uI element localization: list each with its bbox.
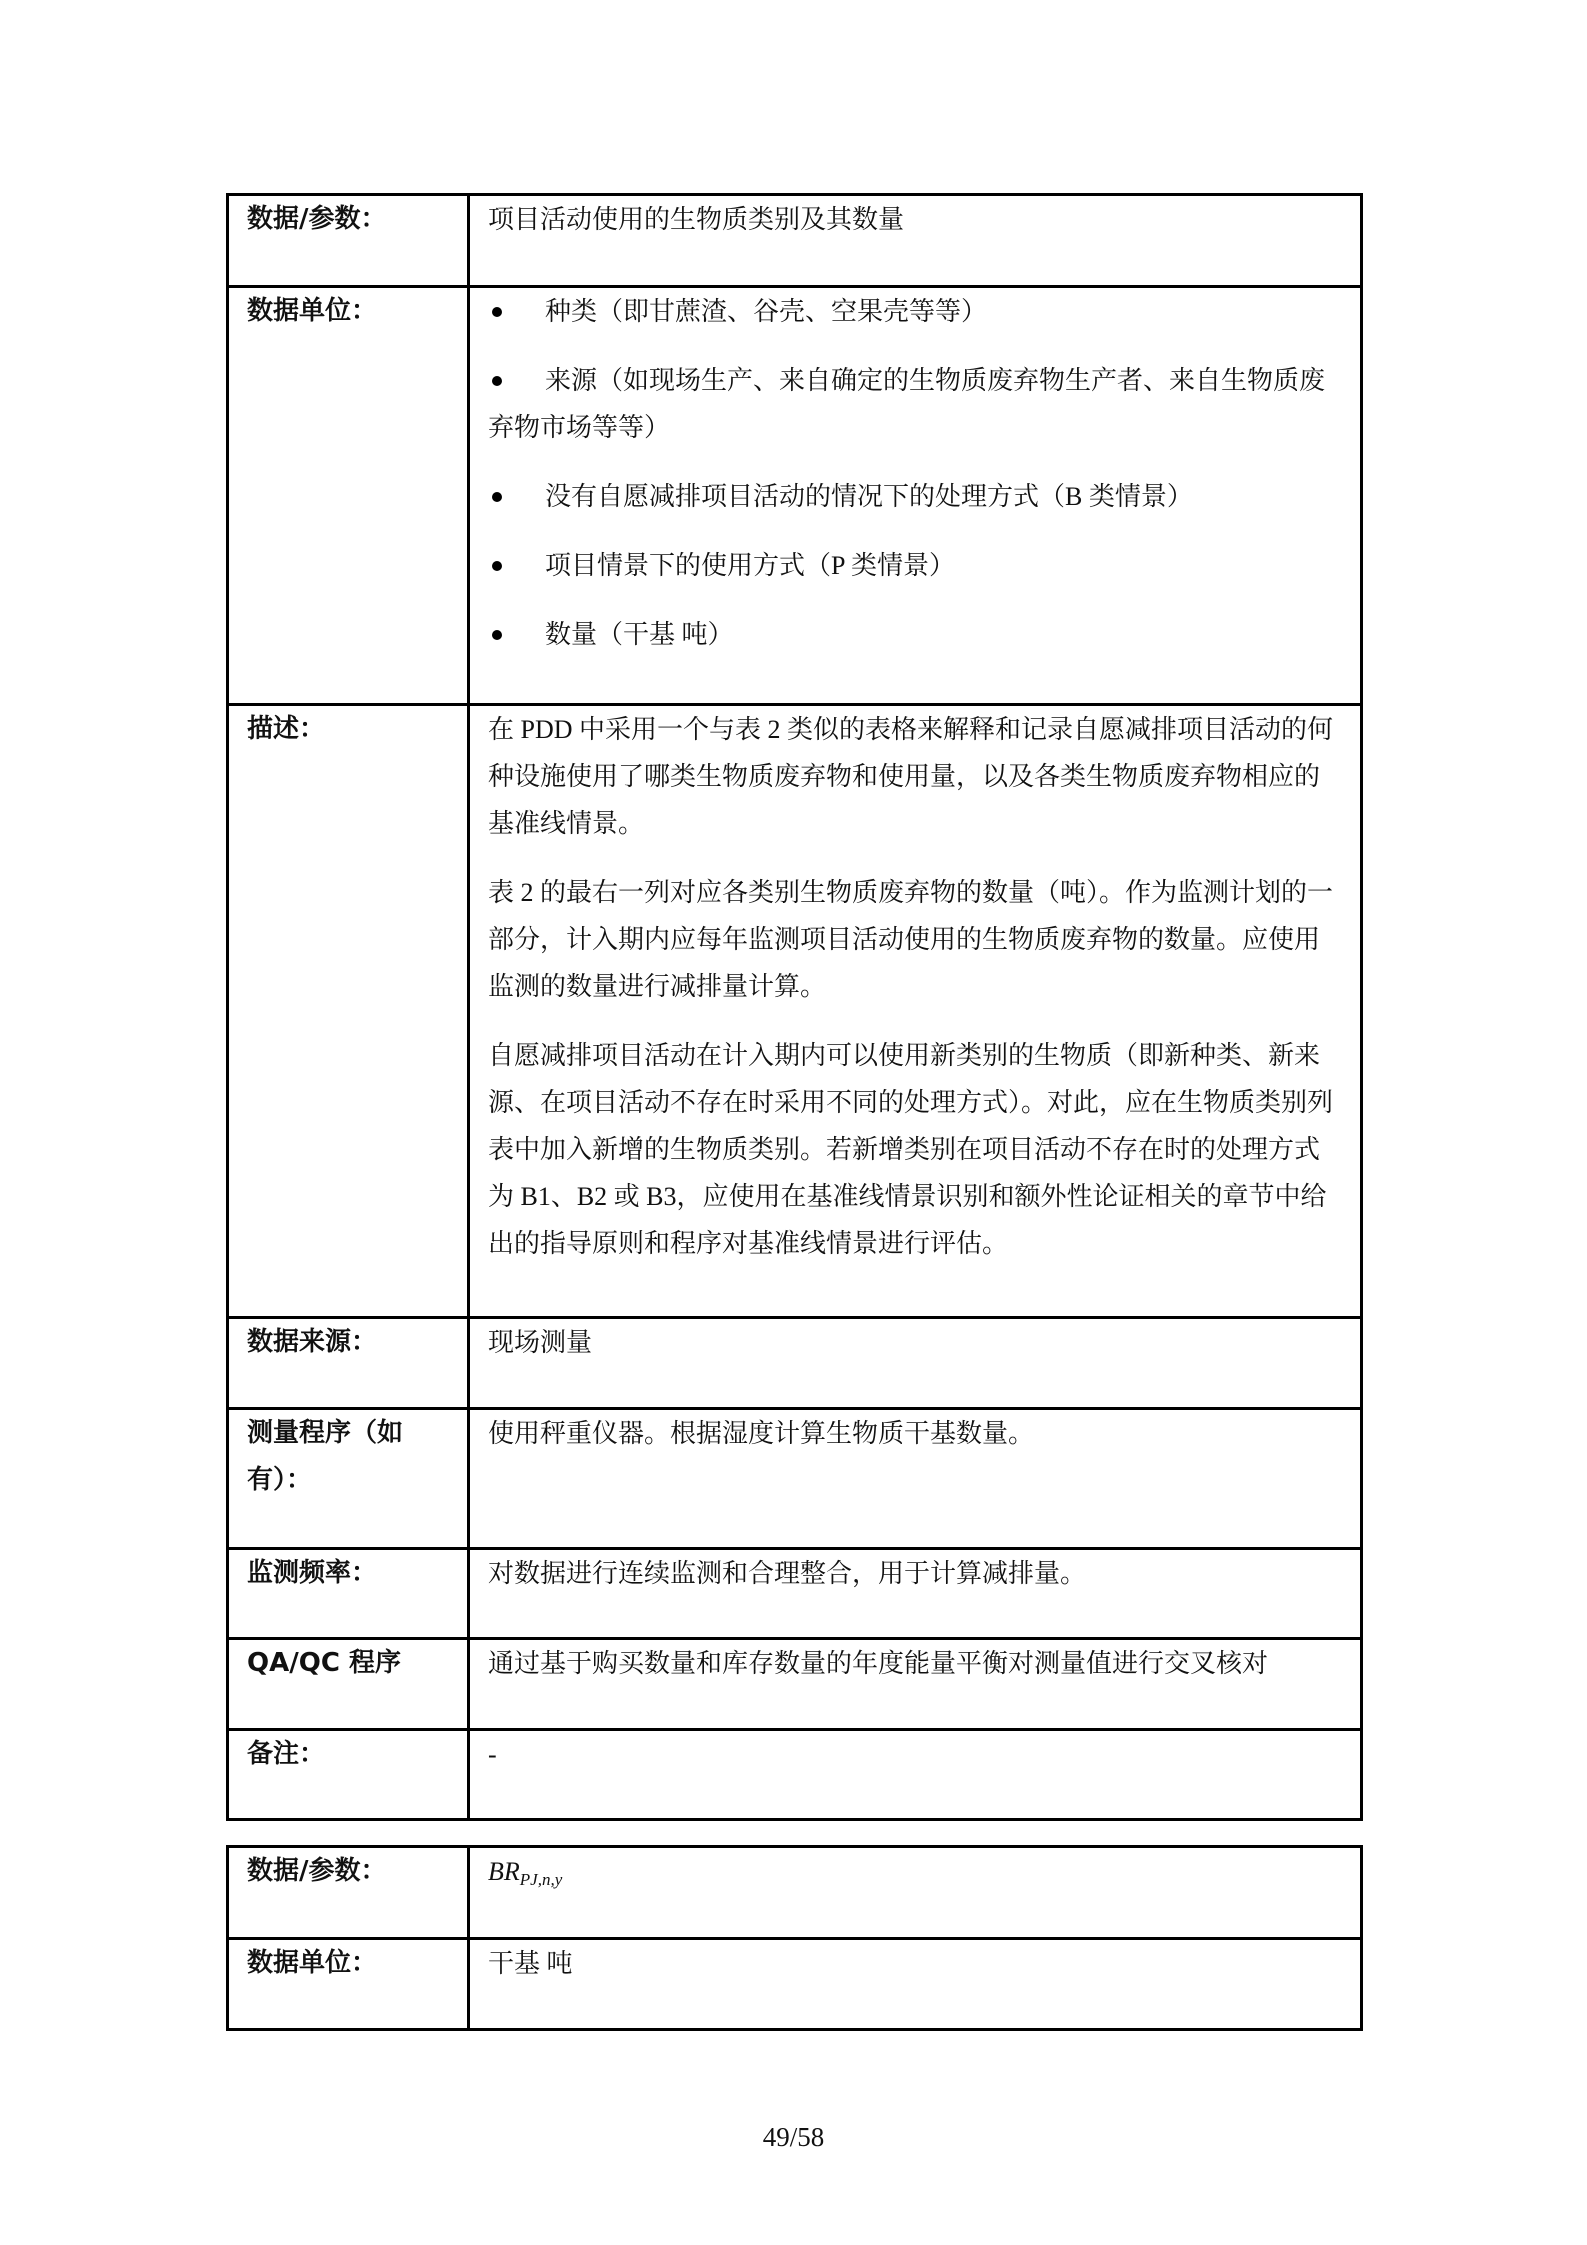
- table-row: 数据单位： 种类（即甘蔗渣、谷壳、空果壳等等） 来源（如现场生产、来自确定的生物…: [228, 287, 1362, 705]
- document-page: 数据/参数： 项目活动使用的生物质类别及其数量 数据单位： 种类（即甘蔗渣、谷壳…: [0, 0, 1587, 2245]
- paragraph: 在 PDD 中采用一个与表 2 类似的表格来解释和记录自愿减排项目活动的何种设施…: [488, 706, 1342, 847]
- list-item: 种类（即甘蔗渣、谷壳、空果壳等等）: [488, 288, 1342, 335]
- row-value-bullet-list: 种类（即甘蔗渣、谷壳、空果壳等等） 来源（如现场生产、来自确定的生物质废弃物生产…: [469, 287, 1362, 705]
- symbol-subscript: PJ,n,y: [520, 1870, 562, 1889]
- list-item: 项目情景下的使用方式（P 类情景）: [488, 542, 1342, 589]
- row-label: 数据单位：: [228, 287, 469, 705]
- row-value: 现场测量: [469, 1318, 1362, 1409]
- parameter-table-biomass-categories: 数据/参数： 项目活动使用的生物质类别及其数量 数据单位： 种类（即甘蔗渣、谷壳…: [226, 193, 1363, 1821]
- row-label: 备注：: [228, 1730, 469, 1820]
- row-value-description: 在 PDD 中采用一个与表 2 类似的表格来解释和记录自愿减排项目活动的何种设施…: [469, 705, 1362, 1318]
- row-label: 测量程序（如有）：: [228, 1409, 469, 1549]
- row-value: 通过基于购买数量和库存数量的年度能量平衡对测量值进行交叉核对: [469, 1639, 1362, 1730]
- row-value: 对数据进行连续监测和合理整合，用于计算减排量。: [469, 1549, 1362, 1639]
- row-label: 数据单位：: [228, 1939, 469, 2030]
- table-row: QA/QC 程序 通过基于购买数量和库存数量的年度能量平衡对测量值进行交叉核对: [228, 1639, 1362, 1730]
- row-value: 干基 吨: [469, 1939, 1362, 2030]
- row-label: 数据/参数：: [228, 195, 469, 287]
- symbol-base: BR: [488, 1857, 520, 1886]
- row-value: 使用秤重仪器。根据湿度计算生物质干基数量。: [469, 1409, 1362, 1549]
- bullet-icon: [492, 307, 502, 317]
- table-row: 数据/参数： BRPJ,n,y: [228, 1847, 1362, 1939]
- list-item: 数量（干基 吨）: [488, 611, 1342, 658]
- row-value-symbol: BRPJ,n,y: [469, 1847, 1362, 1939]
- bullet-icon: [492, 561, 502, 571]
- row-label: 数据/参数：: [228, 1847, 469, 1939]
- table-row: 备注： -: [228, 1730, 1362, 1820]
- parameter-symbol: BRPJ,n,y: [488, 1857, 562, 1886]
- list-item-text: 项目情景下的使用方式（P 类情景）: [545, 551, 955, 580]
- bullet-icon: [492, 630, 502, 640]
- list-item: 来源（如现场生产、来自确定的生物质废弃物生产者、来自生物质废弃物市场等等）: [488, 357, 1342, 451]
- row-label: 描述：: [228, 705, 469, 1318]
- table-row: 监测频率： 对数据进行连续监测和合理整合，用于计算减排量。: [228, 1549, 1362, 1639]
- list-item-text: 来源（如现场生产、来自确定的生物质废弃物生产者、来自生物质废弃物市场等等）: [488, 366, 1325, 442]
- row-label: 监测频率：: [228, 1549, 469, 1639]
- list-item-text: 没有自愿减排项目活动的情况下的处理方式（B 类情景）: [545, 482, 1193, 511]
- parameter-table-br-pj: 数据/参数： BRPJ,n,y 数据单位： 干基 吨: [226, 1845, 1363, 2031]
- table-row: 测量程序（如有）： 使用秤重仪器。根据湿度计算生物质干基数量。: [228, 1409, 1362, 1549]
- row-value: 项目活动使用的生物质类别及其数量: [469, 195, 1362, 287]
- paragraph: 表 2 的最右一列对应各类别生物质废弃物的数量（吨）。作为监测计划的一部分，计入…: [488, 869, 1342, 1010]
- page-number: 49/58: [0, 2122, 1587, 2153]
- table-row: 数据单位： 干基 吨: [228, 1939, 1362, 2030]
- row-label: 数据来源：: [228, 1318, 469, 1409]
- table-row: 数据/参数： 项目活动使用的生物质类别及其数量: [228, 195, 1362, 287]
- bullet-icon: [492, 492, 502, 502]
- list-item-text: 种类（即甘蔗渣、谷壳、空果壳等等）: [545, 297, 987, 326]
- table-row: 数据来源： 现场测量: [228, 1318, 1362, 1409]
- bullet-icon: [492, 376, 502, 386]
- list-item-text: 数量（干基 吨）: [545, 620, 734, 649]
- table-row: 描述： 在 PDD 中采用一个与表 2 类似的表格来解释和记录自愿减排项目活动的…: [228, 705, 1362, 1318]
- row-label: QA/QC 程序: [228, 1639, 469, 1730]
- paragraph: 自愿减排项目活动在计入期内可以使用新类别的生物质（即新种类、新来源、在项目活动不…: [488, 1032, 1342, 1267]
- row-value: -: [469, 1730, 1362, 1820]
- list-item: 没有自愿减排项目活动的情况下的处理方式（B 类情景）: [488, 473, 1342, 520]
